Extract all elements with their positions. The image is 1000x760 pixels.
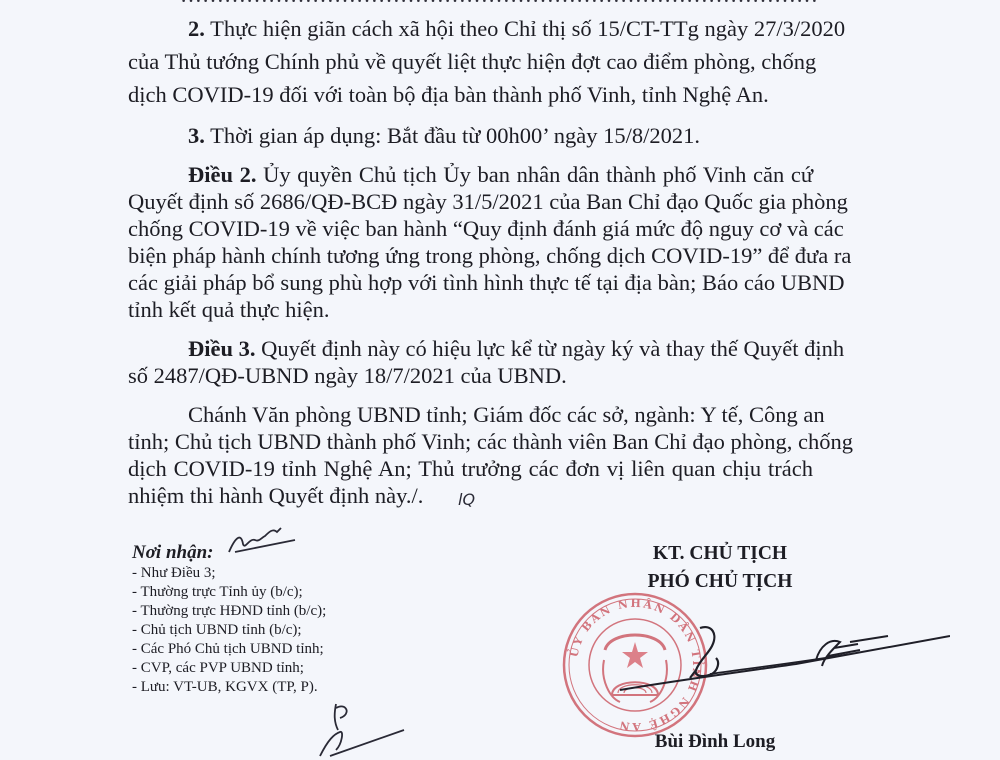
recipient-item: - CVP, các PVP UBND tỉnh; xyxy=(132,659,326,678)
recipient-item: - Như Điều 3; xyxy=(132,564,326,583)
article2-line-2: Quyết định số 2686/QĐ-BCĐ ngày 31/5/2021… xyxy=(128,189,813,215)
article2-line-4: biện pháp hành chính tương ứng trong phò… xyxy=(128,243,813,269)
initials-signature-icon xyxy=(300,700,410,760)
recipient-item: - Lưu: VT-UB, KGVX (TP, P). xyxy=(132,678,326,697)
recipient-item: - Các Phó Chủ tịch UBND tỉnh; xyxy=(132,640,326,659)
signer-name: Bùi Đình Long xyxy=(600,730,830,754)
initials-signature-icon xyxy=(225,518,305,558)
article3-text: Quyết định này có hiệu lực kể từ ngày ký… xyxy=(261,336,844,361)
article3-label: Điều 3. xyxy=(188,336,256,361)
closing-line-3: dịch COVID-19 tỉnh Nghệ An; Thủ trưởng c… xyxy=(128,456,813,482)
article2-line-1: Điều 2. Ủy quyền Chủ tịch Ủy ban nhân dâ… xyxy=(188,162,813,188)
item2-number: 2. xyxy=(188,16,205,41)
article2-line-6: tỉnh kết quả thực hiện. xyxy=(128,297,813,323)
handwritten-signature-icon xyxy=(620,620,950,695)
item3-line: 3. Thời gian áp dụng: Bắt đầu từ 00h00’ … xyxy=(188,123,813,149)
signature-block: KT. CHỦ TỊCH PHÓ CHỦ TỊCH xyxy=(590,540,850,596)
cut-off-line: ………………………………………………………………………………………… xyxy=(180,0,820,4)
article3-line-1: Điều 3. Quyết định này có hiệu lực kể từ… xyxy=(188,336,813,362)
article2-label: Điều 2. xyxy=(188,162,257,187)
item3-number: 3. xyxy=(188,123,205,148)
recipient-item: - Chủ tịch UBND tỉnh (b/c); xyxy=(132,621,326,640)
closing-line-1: Chánh Văn phòng UBND tỉnh; Giám đốc các … xyxy=(188,402,813,428)
recipient-item: - Thường trực HĐND tỉnh (b/c); xyxy=(132,602,326,621)
article3-line-2: số 2487/QĐ-UBND ngày 18/7/2021 của UBND. xyxy=(128,363,813,389)
recipients-block: Nơi nhận: - Như Điều 3; - Thường trực Tỉ… xyxy=(132,542,326,697)
item3-text: Thời gian áp dụng: Bắt đầu từ 00h00’ ngà… xyxy=(210,123,700,148)
signer-role-2: PHÓ CHỦ TỊCH xyxy=(590,568,850,596)
item2-line-2: của Thủ tướng Chính phủ về quyết liệt th… xyxy=(128,49,813,75)
handwritten-initials: lQ xyxy=(458,490,475,509)
article2-line-5: các giải pháp bổ sung phù hợp với tình h… xyxy=(128,270,813,296)
document-page: ………………………………………………………………………………………… 2. Th… xyxy=(0,0,1000,760)
article2-line-3: chống COVID-19 về việc ban hành “Quy địn… xyxy=(128,216,813,242)
item2-text: Thực hiện giãn cách xã hội theo Chỉ thị … xyxy=(210,16,845,41)
closing-line-2: tỉnh; Chủ tịch UBND thành phố Vinh; các … xyxy=(128,429,813,455)
article2-text: Ủy quyền Chủ tịch Ủy ban nhân dân thành … xyxy=(263,162,813,187)
recipient-item: - Thường trực Tỉnh ủy (b/c); xyxy=(132,583,326,602)
item2-line-1: 2. Thực hiện giãn cách xã hội theo Chỉ t… xyxy=(188,16,813,42)
item2-line-3: dịch COVID-19 đối với toàn bộ địa bàn th… xyxy=(128,82,813,108)
signer-role-1: KT. CHỦ TỊCH xyxy=(590,540,850,568)
